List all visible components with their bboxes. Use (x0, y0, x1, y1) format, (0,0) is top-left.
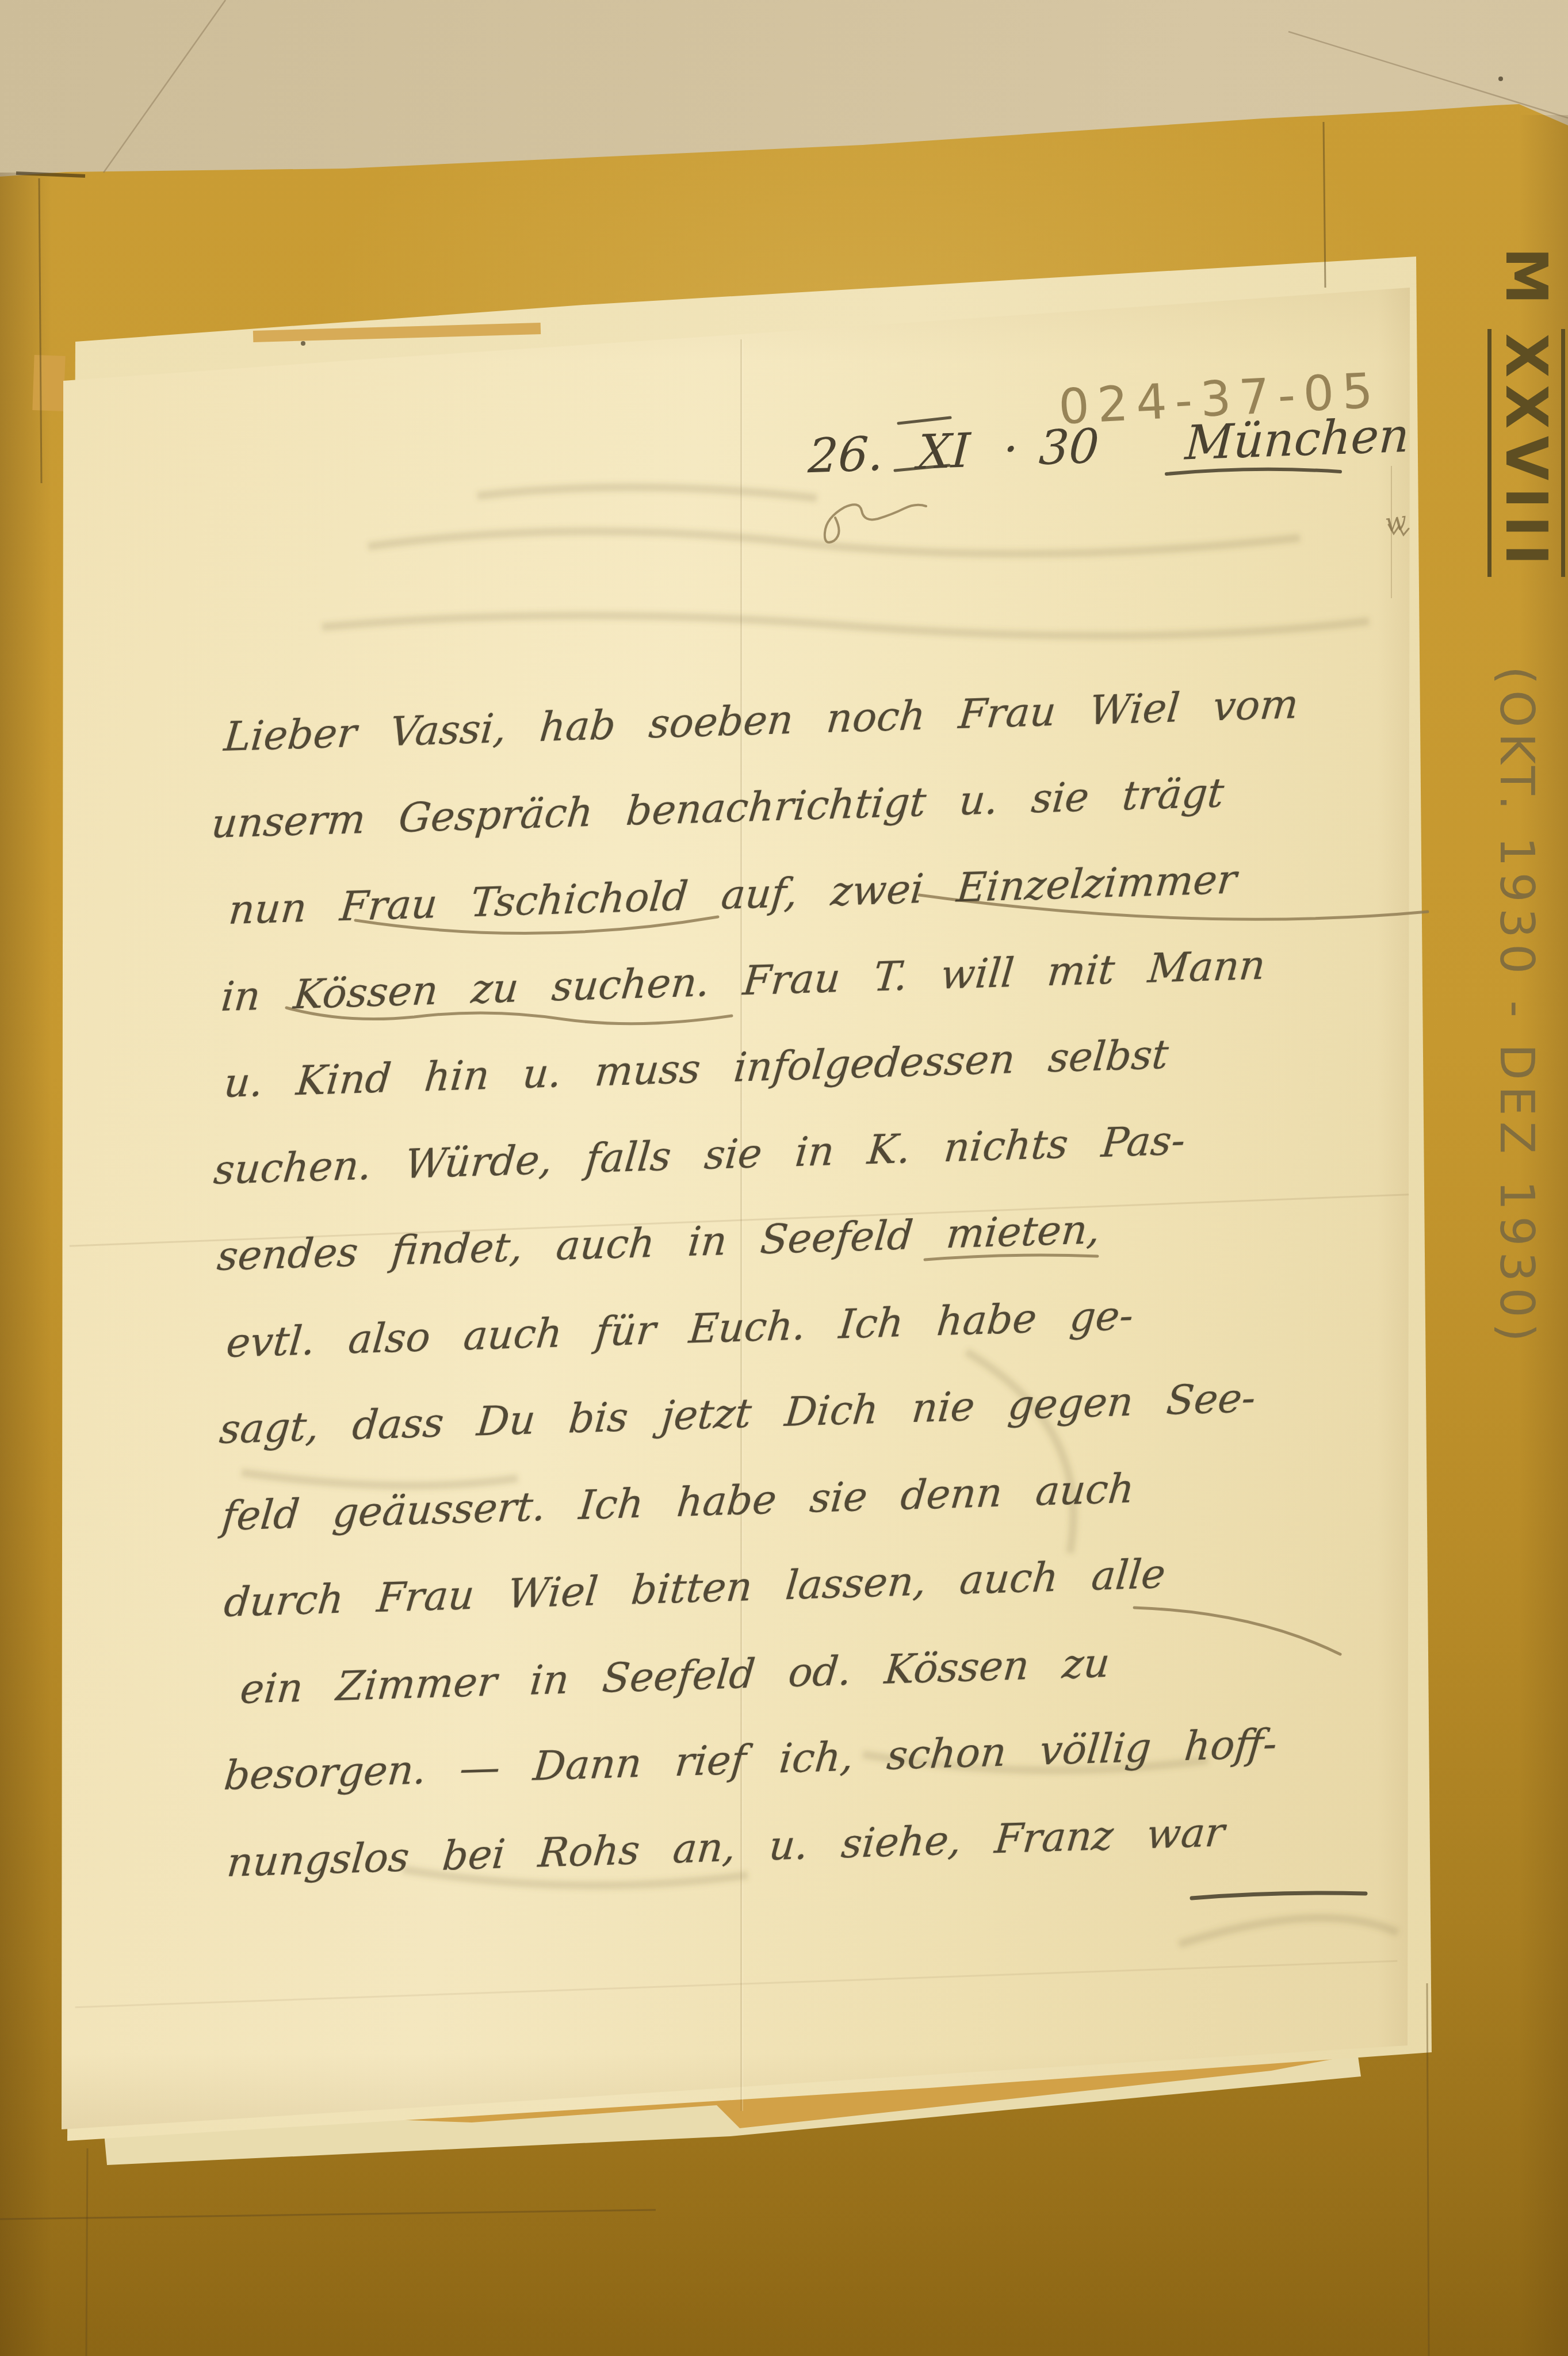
ochre-sliver-top (253, 323, 541, 342)
volume-prefix: M (1493, 247, 1560, 312)
date-city: München (1184, 408, 1410, 471)
under-sheet-bottom (86, 2029, 1386, 2202)
pencil-scribble (825, 504, 926, 542)
letter-line: Lieber Vassi, hab soeben noch Frau Wiel … (222, 680, 1301, 760)
folder-volume-label: MXXVIII (1493, 247, 1560, 577)
letter-line: in Kössen zu suchen. Frau T. will mit Ma… (219, 941, 1267, 1020)
letter-line: evtl. also auch für Euch. Ich habe ge- (224, 1291, 1135, 1366)
letter-line: suchen. Würde, falls sie in K. nichts Pa… (212, 1116, 1187, 1194)
folder-left-shadow (0, 173, 52, 2356)
date-separator: · (1002, 422, 1020, 477)
volume-numeral: XXVIII (1487, 329, 1565, 577)
letter-line: feld geäussert. Ich habe sie denn auch (220, 1464, 1136, 1540)
photo-of-letter: 024-37-05 26.XI·30München w Lieber Vassi… (0, 0, 1568, 2356)
letter-line: sendes findet, auch in Seefeld mieten, (215, 1206, 1102, 1280)
date-day: 26. (807, 427, 885, 484)
date-year: 30 (1038, 419, 1100, 476)
folder-date-range: (OKT. 1930 - DEZ 1930) (1489, 666, 1544, 1348)
letter-line: unserm Gespräch benachrichtigt u. sie tr… (209, 769, 1226, 847)
ochre-sheet (35, 1978, 1415, 2179)
letter-line: sagt, dass Du bis jetzt Dich nie gegen S… (217, 1374, 1257, 1453)
date-month: XI (916, 423, 972, 480)
letter-line: ein Zimmer in Seefeld od. Kössen zu (238, 1639, 1112, 1712)
margin-pencil-mark: w (1383, 506, 1409, 538)
letter-line: besorgen. — Dann rief ich, schon völlig … (222, 1720, 1279, 1799)
ochre-sliver-left (32, 355, 65, 411)
folder-edge-nick (16, 173, 85, 176)
letter-line: u. Kind hin u. muss infolgedessen selbst (222, 1031, 1171, 1107)
dark-specks (301, 77, 1503, 346)
letter-line: nun Frau Tschichold auf, zwei Einzelzimm… (227, 855, 1238, 934)
horizontal-fold-crease-2 (75, 1960, 1398, 2008)
letter-line: durch Frau Wiel bitten lassen, auch alle (222, 1550, 1167, 1626)
date-line: 26.XI·30München (807, 408, 1411, 484)
letter-line: nungslos bei Rohs an, u. siehe, Franz wa… (225, 1808, 1226, 1885)
